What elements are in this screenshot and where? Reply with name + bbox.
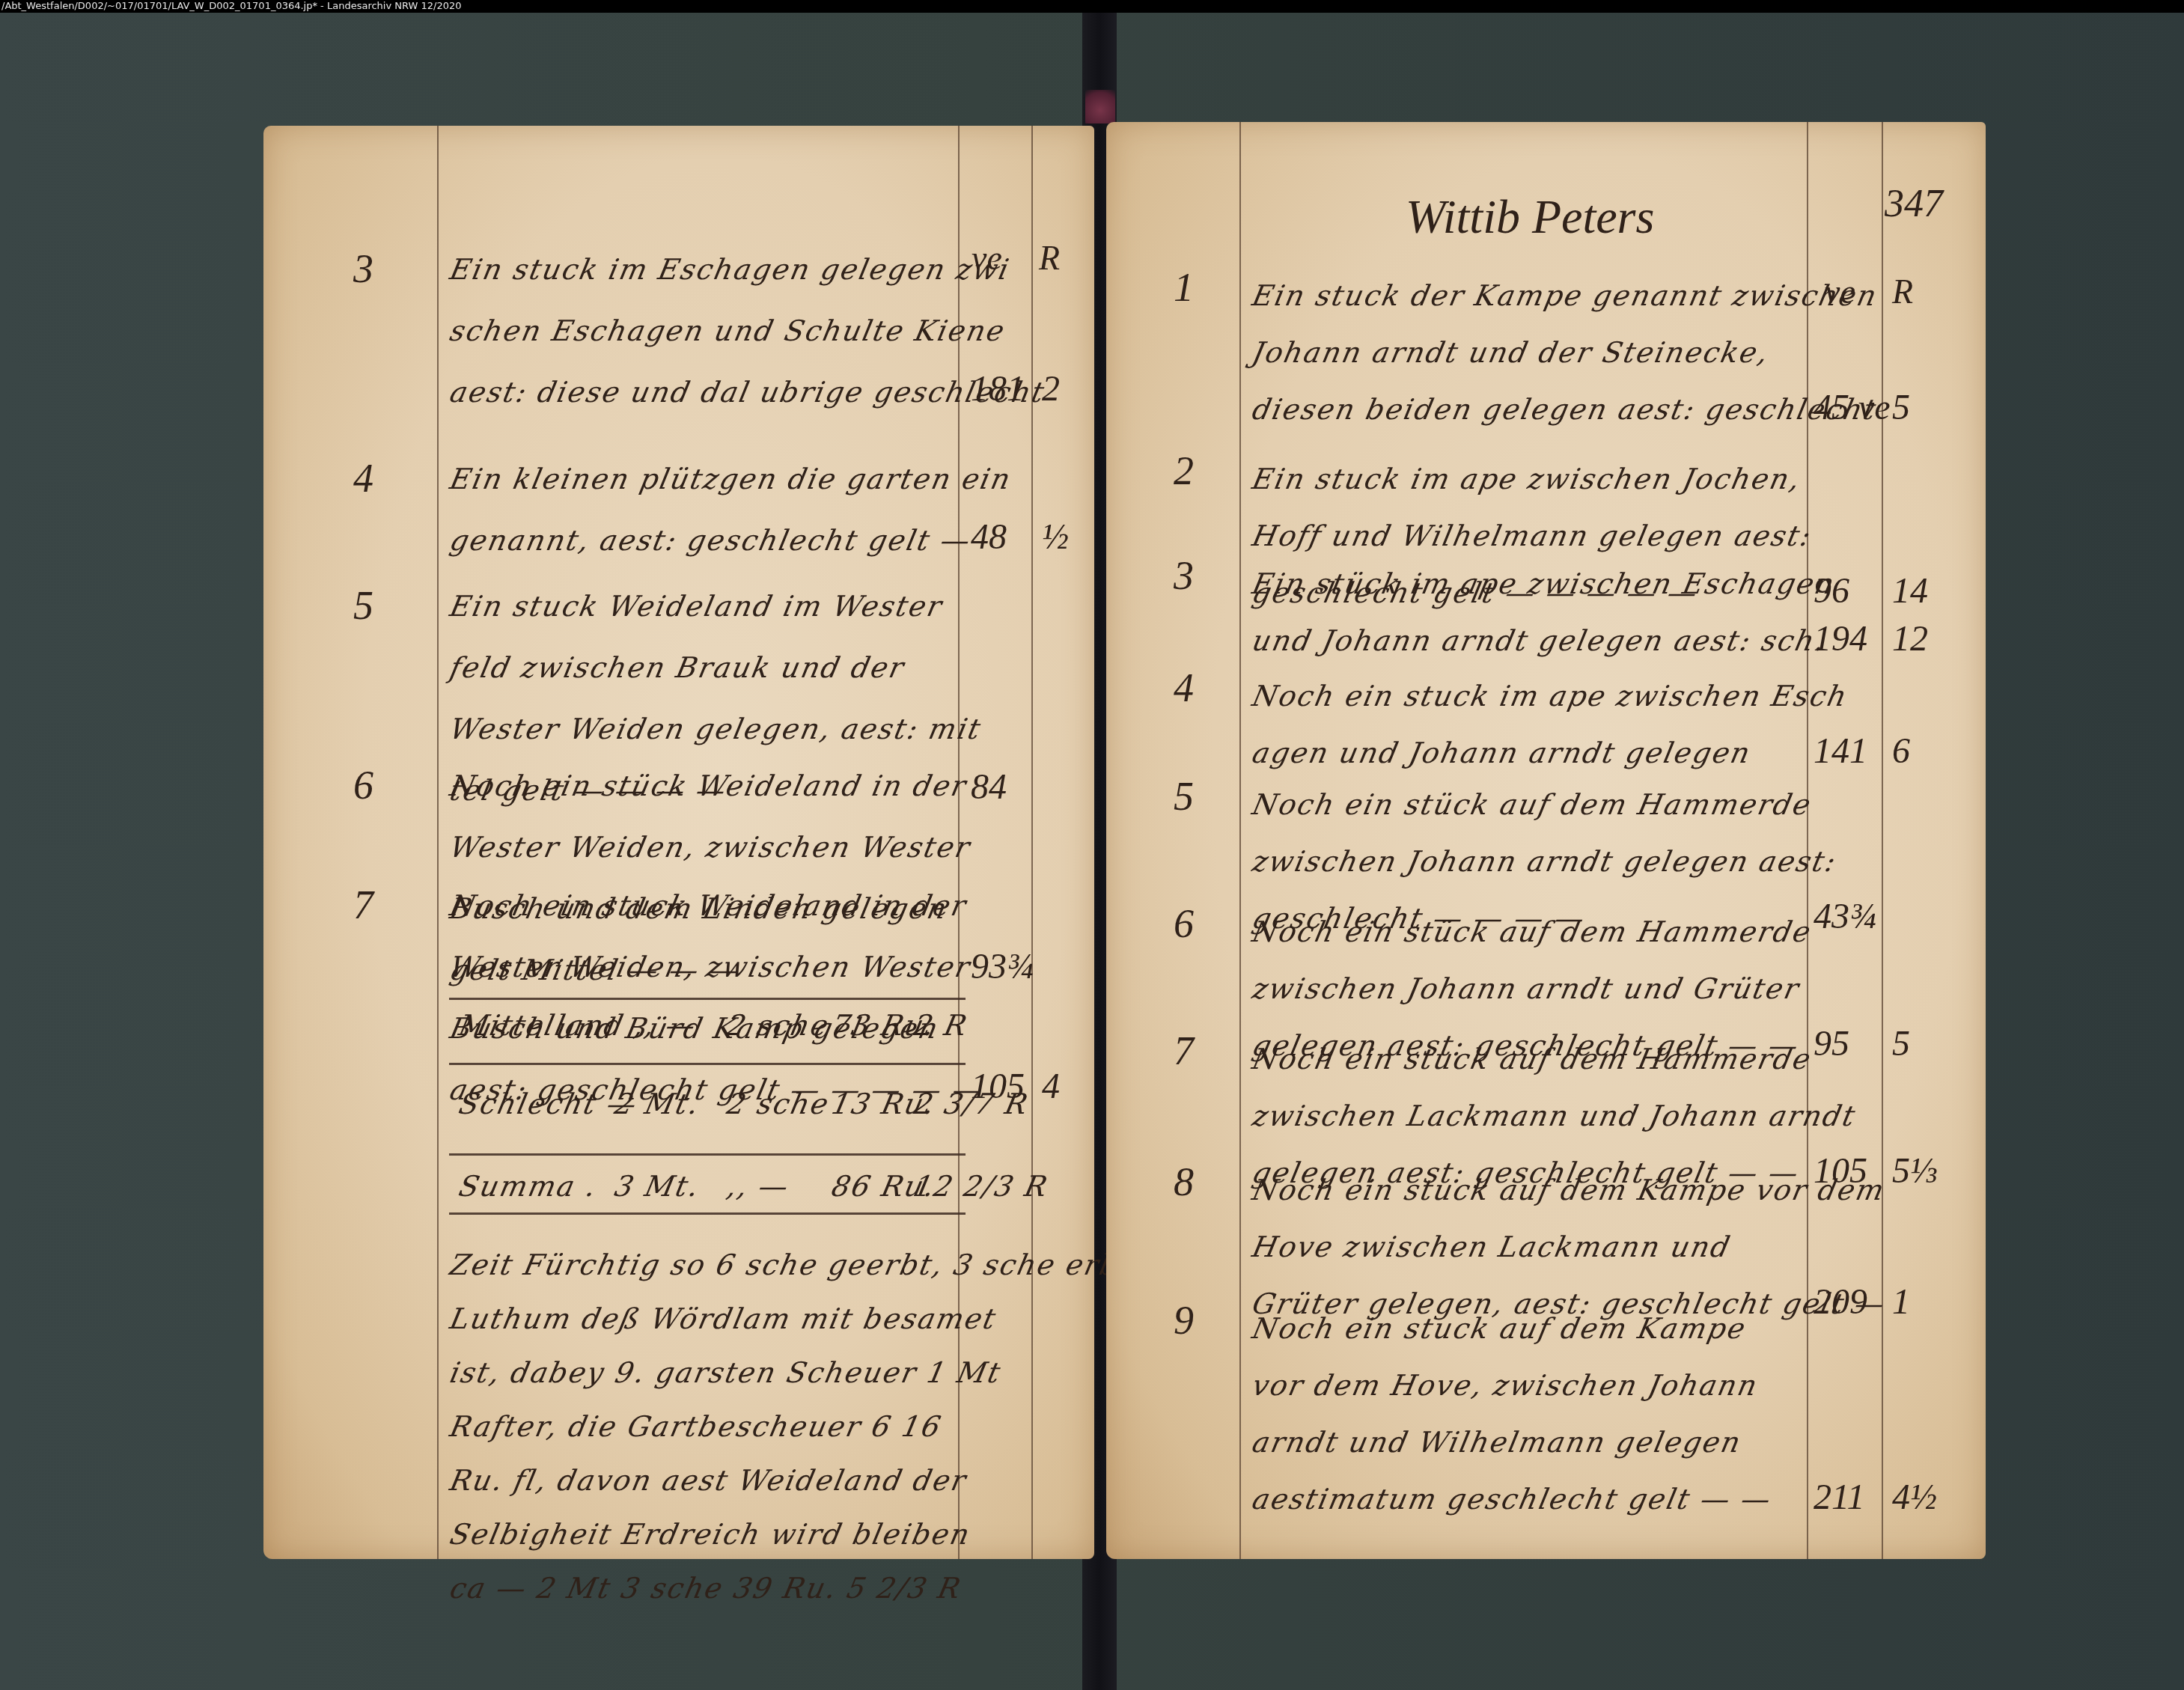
entry-text-line: und Johann arndt gelegen aest: sch. — [1249, 624, 1829, 657]
entry-text-line: Noch ein stuck auf dem Kampe — [1249, 1312, 1749, 1345]
note-line: Rafter, die Gartbescheuer 6 16 — [447, 1410, 945, 1443]
entry-number: 6 — [1174, 900, 1194, 947]
summary-col-a: 3 Mt. — [611, 1170, 703, 1203]
summary-table-rule-2 — [449, 1153, 966, 1156]
entry-text-line: agen und Johann arndt gelegen — [1249, 736, 1754, 769]
entry-text-line: zwischen Lackmann und Johann arndt — [1249, 1099, 1859, 1132]
entry-value-ve: 93¾ — [971, 946, 1034, 987]
entry-text-line: Ein stuck im ape zwischen Jochen, — [1249, 463, 1804, 495]
left-page: ve R 3Ein stuck im Eschagen gelegen zwis… — [263, 126, 1094, 1559]
entry-value-ve: 95 — [1814, 1023, 1849, 1064]
entry-text-line: genannt, aest: geschlecht gelt — — [447, 524, 974, 557]
bookmark-ribbon — [1085, 90, 1115, 123]
entry-value-r: 2 — [1042, 368, 1060, 409]
entry-text-line: diesen beiden gelegen aest: geschlecht — [1249, 393, 1880, 426]
entry-text-line: Noch ein stück auf dem Hammerde — [1249, 915, 1815, 948]
entry-number: 3 — [1174, 552, 1194, 599]
entry-value-ve: 194 — [1814, 618, 1867, 659]
summary-table-rule-bottom — [449, 1212, 966, 1215]
entry-value-r: 5 — [1892, 1023, 1910, 1064]
entry-value-r: 5⅓ — [1892, 1150, 1937, 1192]
entry-value-ve: 43¾ — [1814, 896, 1876, 937]
entry-number: 7 — [353, 882, 373, 928]
entry-text-line: Wester Weiden, zwischen Wester — [447, 951, 974, 983]
entry-value-r: 4 — [1042, 1066, 1060, 1107]
summary-table-rule-top — [449, 998, 966, 1000]
entry-value-ve: 141 — [1814, 730, 1867, 772]
window-title-bar: /Abt_Westfalen/D002/~017/01701/LAV_W_D00… — [0, 0, 2184, 13]
value-column-rule-2 — [1031, 126, 1033, 1559]
entry-text-line: Noch ein stuck im ape zwischen Esch — [1249, 680, 1851, 713]
entry-number: 3 — [353, 245, 373, 292]
entry-value-ve: 181 — [971, 368, 1025, 409]
summary-col-b: 2 sche — [724, 1087, 832, 1120]
entry-value-ve: 209 — [1814, 1281, 1867, 1323]
entry-number: 9 — [1174, 1297, 1194, 1343]
entry-text-line: Noch ein stück auf dem Hammerde — [1249, 788, 1815, 821]
entry-number: 7 — [1174, 1028, 1194, 1074]
entry-text-line: Johann arndt und der Steinecke, — [1249, 336, 1772, 369]
entry-value-r: 12 — [1892, 618, 1928, 659]
entry-text-line: Ein stuck Weideland im Wester — [447, 590, 946, 623]
summary-col-d: 2 3/7 R — [911, 1087, 1031, 1120]
entry-text-line: Wester Weiden gelegen, aest: mit — [447, 713, 984, 745]
entry-text-line: Hove zwischen Lackmann und — [1249, 1230, 1734, 1263]
entry-number: 5 — [353, 582, 373, 629]
entry-value-r: ½ — [1042, 516, 1069, 558]
summary-table-rule-1 — [449, 1063, 966, 1065]
note-line: Selbigheit Erdreich wird bleiben — [447, 1518, 974, 1551]
entry-text-line: schen Eschagen und Schulte Kiene — [447, 314, 1008, 347]
note-line: Luthum deß Wördlam mit besamet — [447, 1302, 1000, 1335]
summary-col-b: 2 sche — [724, 1009, 832, 1042]
margin-rule — [1239, 122, 1241, 1559]
value-column-rule-1 — [1807, 122, 1808, 1559]
note-line: Ru. fl, davon aest Weideland der — [447, 1464, 970, 1497]
entry-value-r: 1 — [1892, 1281, 1910, 1323]
entry-text-line: feld zwischen Brauk und der — [447, 651, 908, 684]
page-number: 347 — [1885, 182, 1943, 226]
entry-text-line: Wester Weiden, zwischen Wester — [447, 831, 974, 864]
entry-number: 1 — [1174, 264, 1194, 311]
entry-number: 4 — [353, 455, 373, 501]
entry-text-line: vor dem Hove, zwischen Johann — [1249, 1369, 1761, 1402]
value-column-rule-2 — [1882, 122, 1883, 1559]
window-title: /Abt_Westfalen/D002/~017/01701/LAV_W_D00… — [1, 1, 462, 12]
entry-text-line: aest: diese und dal ubrige geschlecht — [447, 376, 1049, 409]
entry-value-ve: 211 — [1814, 1477, 1864, 1518]
entry-text-line: Hoff und Wilhelmann gelegen aest: — [1249, 519, 1815, 552]
column-header-r: R — [1039, 238, 1060, 278]
entry-text-line: Noch ein stück Weideland in der — [447, 769, 970, 802]
entry-value-r: 4½ — [1892, 1477, 1937, 1518]
summary-col-d: 2 R — [911, 1009, 971, 1042]
note-line: ca — 2 Mt 3 sche 39 Ru. 5 2/3 R — [447, 1572, 965, 1605]
entry-text-line: Ein stück im ape zwischen Eschagen — [1249, 567, 1838, 600]
entry-value-ve: 84 — [971, 766, 1007, 808]
summary-col-a: 2 Mt. — [611, 1087, 703, 1120]
entry-value-r: 6 — [1892, 730, 1910, 772]
page-heading: Wittib Peters — [1406, 189, 1654, 245]
entry-value-r: 14 — [1892, 570, 1928, 611]
note-line: ist, dabey 9. garsten Scheuer 1 Mt — [447, 1356, 1004, 1389]
summary-col-d: 12 2/3 R — [911, 1170, 1052, 1203]
column-header-r: R — [1892, 272, 1913, 311]
summary-col-b: ,, — — [724, 1170, 793, 1203]
entry-text-line: arndt und Wilhelmann gelegen — [1249, 1426, 1745, 1459]
right-page: 347 Wittib Peters ve R 1Ein stuck der Ka… — [1106, 122, 1986, 1559]
entry-value-ve: 45 ve — [1814, 387, 1891, 428]
entry-text-line: aestimatum geschlecht gelt — — — [1249, 1483, 1775, 1516]
entry-text-line: zwischen Johann arndt und Grüter — [1249, 972, 1803, 1005]
entry-number: 2 — [1174, 448, 1194, 494]
summary-label: Mittelland ,, — — [456, 1009, 700, 1042]
entry-text-line: Noch ein stuck Weideland in der — [447, 889, 970, 922]
entry-text-line: Noch ein stuck auf dem Kampe vor dem — [1249, 1174, 1888, 1207]
entry-text-line: Ein stuck der Kampe genannt zwischen — [1249, 279, 1881, 312]
entry-number: 4 — [1174, 665, 1194, 711]
summary-label: Summa . — [456, 1170, 600, 1203]
entry-value-r: 5 — [1892, 387, 1910, 428]
entry-number: 8 — [1174, 1159, 1194, 1205]
entry-value-ve: 48 — [971, 516, 1007, 558]
note-line: Zeit Fürchtig so 6 sche geerbt, 3 sche e… — [447, 1248, 1141, 1281]
entry-number: 5 — [1174, 773, 1194, 820]
margin-rule — [437, 126, 439, 1559]
entry-number: 6 — [353, 762, 373, 808]
entry-text-line: zwischen Johann arndt gelegen aest: — [1249, 845, 1840, 878]
entry-text-line: Ein kleinen plützgen die garten ein — [447, 463, 1014, 495]
entry-text-line: Noch ein stuck auf dem Hammerde — [1249, 1043, 1815, 1076]
entry-text-line: Ein stuck im Eschagen gelegen zwi — [447, 253, 1013, 286]
